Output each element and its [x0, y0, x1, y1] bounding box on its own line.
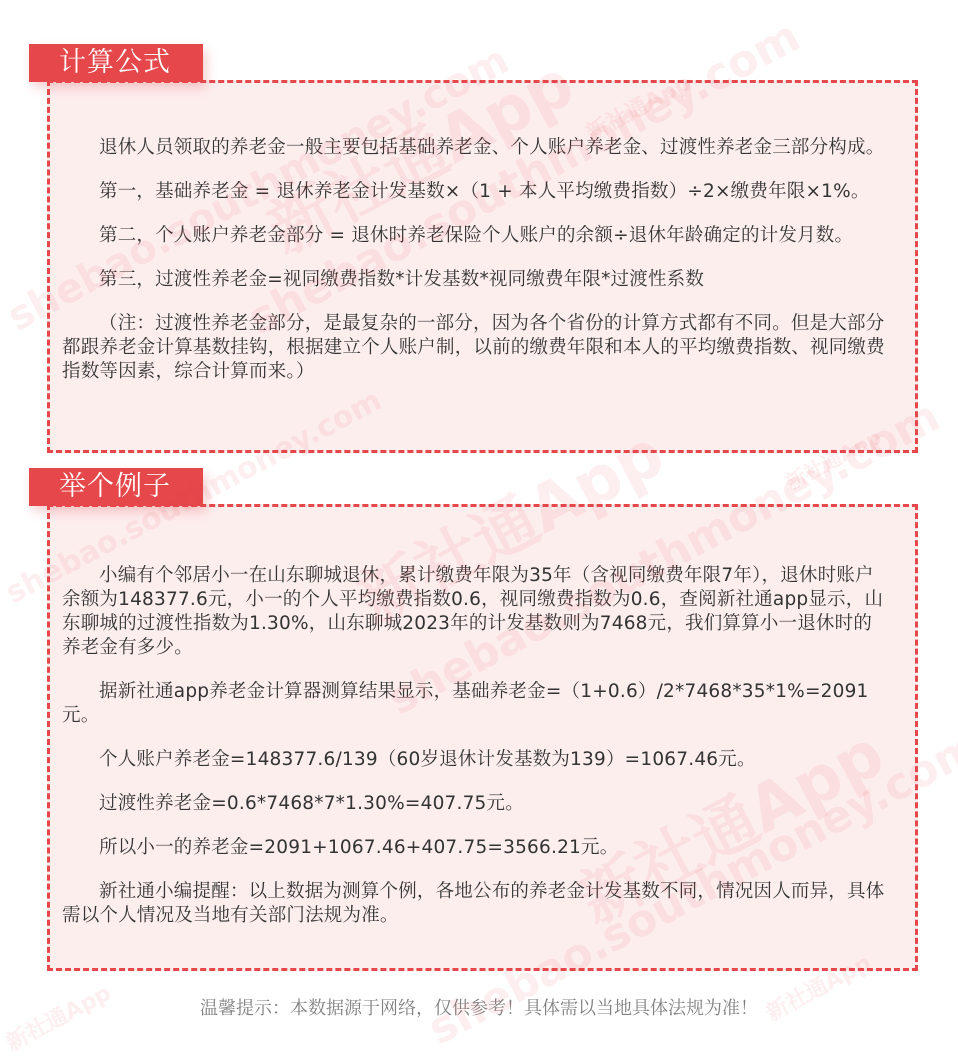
- formula-transitional: 第三，过渡性养老金=视同缴费指数*计发基数*视同缴费年限*过渡性系数: [62, 268, 885, 292]
- section-title-example: 举个例子: [29, 468, 203, 506]
- formula-basic-pension: 第一，基础养老金 = 退休养老金计发基数×（1 + 本人平均缴费指数）÷2×缴费…: [62, 180, 885, 204]
- example-scenario: 小编有个邻居小一在山东聊城退休，累计缴费年限为35年（含视同缴费年限7年），退休…: [62, 564, 885, 660]
- section-title-formula: 计算公式: [29, 44, 203, 82]
- formula-intro: 退休人员领取的养老金一般主要包括基础养老金、个人账户养老金、过渡性养老金三部分构…: [62, 136, 885, 160]
- footer-disclaimer: 温馨提示：本数据源于网络，仅供参考！具体需以当地具体法规为准！: [0, 994, 958, 1020]
- example-personal-account: 个人账户养老金=148377.6/139（60岁退休计发基数为139）=1067…: [62, 748, 885, 772]
- formula-note: （注：过渡性养老金部分，是最复杂的一部分，因为各个省份的计算方式都有不同。但是大…: [62, 312, 885, 384]
- example-transitional: 过渡性养老金=0.6*7468*7*1.30%=407.75元。: [62, 792, 885, 816]
- example-reminder: 新社通小编提醒：以上数据为测算个例，各地公布的养老金计发基数不同，情况因人而异，…: [62, 880, 885, 928]
- example-box: 小编有个邻居小一在山东聊城退休，累计缴费年限为35年（含视同缴费年限7年），退休…: [47, 504, 918, 971]
- formula-box: 退休人员领取的养老金一般主要包括基础养老金、个人账户养老金、过渡性养老金三部分构…: [47, 80, 918, 453]
- example-basic-pension: 据新社通app养老金计算器测算结果显示，基础养老金=（1+0.6）/2*7468…: [62, 680, 885, 728]
- example-total: 所以小一的养老金=2091+1067.46+407.75=3566.21元。: [62, 836, 885, 860]
- formula-personal-account: 第二，个人账户养老金部分 = 退休时养老保险个人账户的余额÷退休年龄确定的计发月…: [62, 224, 885, 248]
